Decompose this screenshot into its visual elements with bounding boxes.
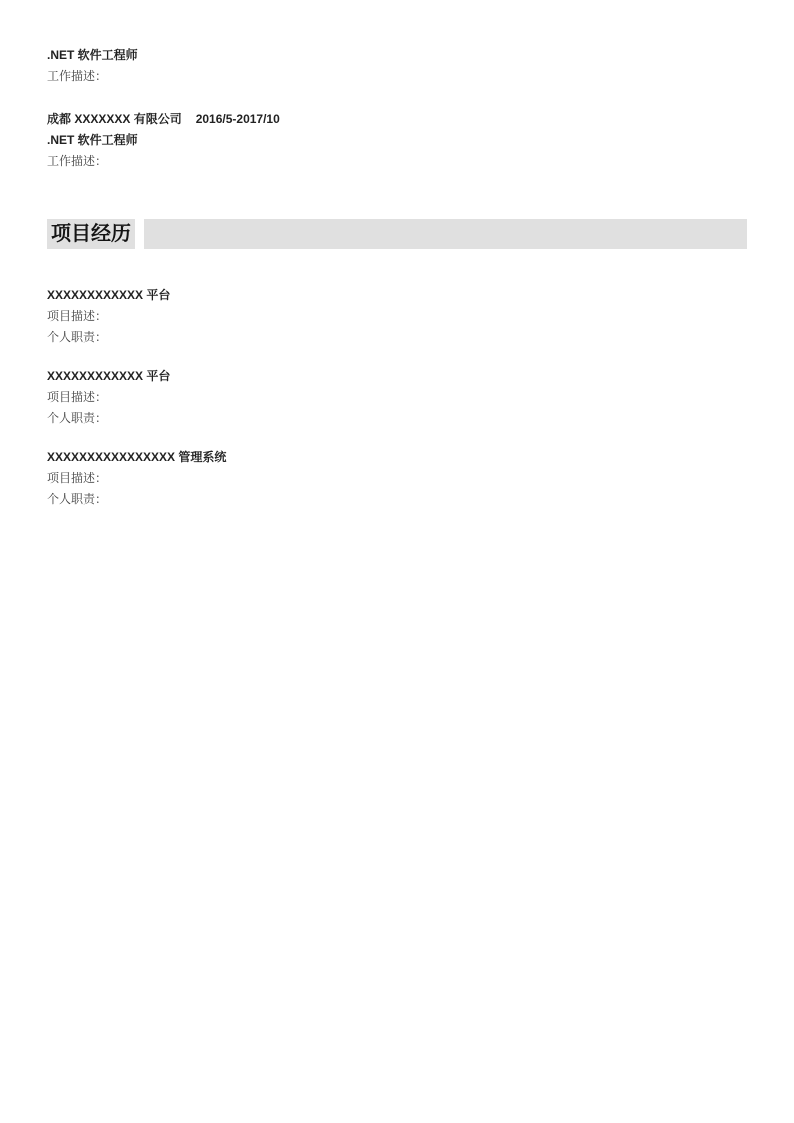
section-title: 项目经历 [47, 219, 135, 249]
company-line: 成都 XXXXXXX 有限公司2016/5-2017/10 [47, 109, 747, 130]
project-entry: XXXXXXXXXXXX 平台 项目描述： 个人职责： [47, 366, 747, 429]
company-name: 成都 XXXXXXX 有限公司 [47, 112, 182, 126]
work-entry: 成都 XXXXXXX 有限公司2016/5-2017/10 .NET 软件工程师… [47, 109, 747, 172]
employment-period: 2016/5-2017/10 [196, 112, 280, 126]
project-title: XXXXXXXXXXXXXXXX 管理系统 [47, 447, 747, 468]
project-resp-label: 个人职责： [47, 408, 170, 429]
section-header-projects: 项目经历 [47, 219, 747, 249]
projects-list: XXXXXXXXXXXX 平台 项目描述： 个人职责： [47, 285, 747, 510]
work-entry-continued: .NET 软件工程师 工作描述： [47, 45, 747, 87]
resume-page: .NET 软件工程师 工作描述： 成都 XXXXXXX 有限公司2016/5-2 [0, 0, 794, 510]
project-resp-row: 个人职责： [47, 408, 747, 429]
project-desc-row: 项目描述： [47, 306, 747, 327]
project-resp-label: 个人职责： [47, 327, 170, 348]
work-desc-label: 工作描述： [47, 66, 170, 87]
project-desc-row: 项目描述： [47, 468, 747, 489]
work-desc-label: 工作描述： [47, 151, 170, 172]
section-header-bar [144, 219, 747, 249]
project-resp-row: 个人职责： [47, 327, 747, 348]
project-desc-row: 项目描述： [47, 387, 747, 408]
project-resp-row: 个人职责： [47, 489, 747, 510]
job-title: .NET 软件工程师 [47, 130, 747, 151]
project-resp-label: 个人职责： [47, 489, 170, 510]
work-desc-row: 工作描述： [47, 151, 747, 172]
project-title: XXXXXXXXXXXX 平台 [47, 285, 747, 306]
project-desc-label: 项目描述： [47, 306, 170, 327]
job-title: .NET 软件工程师 [47, 45, 747, 66]
project-title: XXXXXXXXXXXX 平台 [47, 366, 747, 387]
project-desc-label: 项目描述： [47, 468, 170, 489]
project-entry: XXXXXXXXXXXX 平台 项目描述： 个人职责： [47, 285, 747, 348]
project-desc-label: 项目描述： [47, 387, 170, 408]
project-entry: XXXXXXXXXXXXXXXX 管理系统 项目描述： 个人职责： [47, 447, 747, 510]
work-desc-row: 工作描述： [47, 66, 747, 87]
